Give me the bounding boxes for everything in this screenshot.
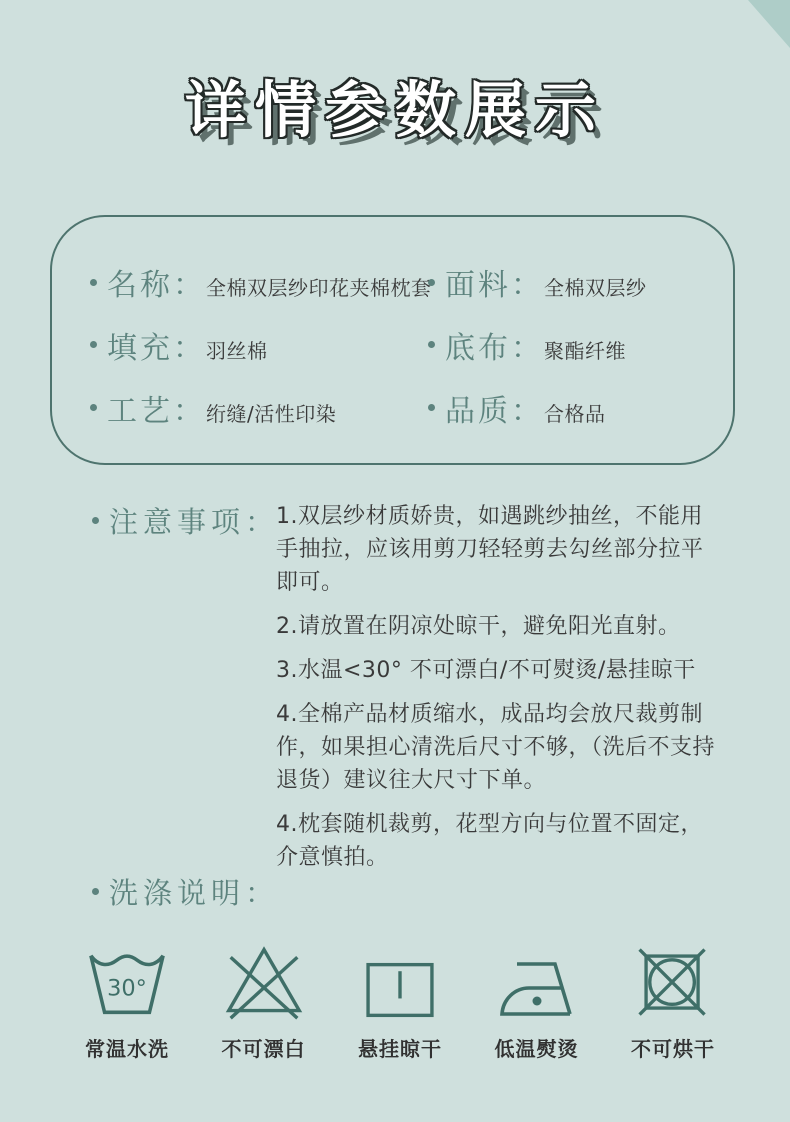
param-value: 羽丝棉	[206, 335, 268, 364]
param-label: 名称	[107, 260, 173, 304]
param-colon: ：	[511, 386, 541, 430]
param-fabric: 面料 ： 全棉双层纱	[428, 260, 723, 304]
bullet-dot-icon	[90, 341, 97, 348]
param-name: 名称 ： 全棉双层纱印花夹棉枕套	[90, 260, 428, 304]
bullet-dot-icon	[428, 279, 435, 286]
param-colon: ：	[173, 323, 203, 367]
param-value: 绗缝/活性印染	[206, 398, 336, 427]
param-label: 填充	[107, 323, 173, 367]
iron-low-icon	[495, 943, 579, 1021]
param-colon: ：	[173, 386, 203, 430]
no-bleach-icon	[224, 943, 304, 1021]
washing-icons-row: 30° 常温水洗 不可漂白 悬挂晾干	[85, 943, 715, 1062]
param-filling: 填充 ： 羽丝棉	[90, 323, 428, 367]
note-paragraph: 4.枕套随机裁剪，花型方向与位置不固定，介意慎拍。	[276, 808, 716, 874]
bullet-dot-icon	[92, 517, 99, 524]
notes-colon: ：	[245, 500, 274, 541]
wash-30-icon: 30°	[86, 943, 168, 1021]
notes-section: 注意事项 ： 1.双层纱材质娇贵，如遇跳纱抽丝，不能用手抽拉，应该用剪刀轻轻剪去…	[92, 500, 722, 885]
param-label: 工艺	[107, 386, 173, 430]
notes-label: 注意事项	[109, 500, 245, 541]
wash-item-no-tumble-dry: 不可烘干	[631, 943, 715, 1062]
param-value: 全棉双层纱	[544, 272, 647, 301]
wash-item-normal-wash: 30° 常温水洗	[85, 943, 169, 1062]
note-paragraph: 4.全棉产品材质缩水，成品均会放尺裁剪制作，如果担心清洗后尺寸不够，（洗后不支持…	[276, 698, 716, 797]
bullet-dot-icon	[92, 888, 99, 895]
wash-item-label: 常温水洗	[85, 1033, 169, 1062]
corner-triangle-decoration	[748, 0, 790, 48]
bullet-dot-icon	[90, 279, 97, 286]
page-title: 详情参数展示	[0, 76, 790, 146]
bullet-dot-icon	[90, 404, 97, 411]
washing-label: 洗涤说明	[109, 871, 245, 912]
param-craft: 工艺 ： 绗缝/活性印染	[90, 386, 428, 430]
param-quality: 品质 ： 合格品	[428, 386, 723, 430]
wash-item-label: 不可漂白	[222, 1033, 306, 1062]
wash-item-label: 悬挂晾干	[358, 1033, 442, 1062]
bullet-dot-icon	[428, 341, 435, 348]
washing-heading: 洗涤说明 ：	[92, 871, 274, 912]
washing-colon: ：	[245, 871, 274, 912]
parameters-panel: 名称 ： 全棉双层纱印花夹棉枕套 面料 ： 全棉双层纱 填充 ： 羽丝棉 底布 …	[50, 215, 735, 465]
no-tumble-dry-icon	[634, 943, 712, 1021]
param-label: 底布	[445, 323, 511, 367]
param-backing: 底布 ： 聚酯纤维	[428, 323, 723, 367]
param-colon: ：	[511, 323, 541, 367]
wash-item-no-bleach: 不可漂白	[222, 943, 306, 1062]
note-paragraph: 3.水温<30° 不可漂白/不可熨烫/悬挂晾干	[276, 654, 716, 687]
param-value: 聚酯纤维	[544, 335, 626, 364]
note-paragraph: 2.请放置在阴凉处晾干，避免阳光直射。	[276, 610, 716, 643]
wash-temp-text: 30°	[107, 976, 147, 1002]
bullet-dot-icon	[428, 404, 435, 411]
param-label: 面料	[445, 260, 511, 304]
param-label: 品质	[445, 386, 511, 430]
param-colon: ：	[511, 260, 541, 304]
note-paragraph: 1.双层纱材质娇贵，如遇跳纱抽丝，不能用手抽拉，应该用剪刀轻轻剪去勾丝部分拉平即…	[276, 500, 716, 599]
hang-dry-icon	[360, 943, 440, 1021]
product-detail-page: 详情参数展示 名称 ： 全棉双层纱印花夹棉枕套 面料 ： 全棉双层纱 填充 ： …	[0, 0, 790, 1122]
wash-item-iron-low: 低温熨烫	[495, 943, 579, 1062]
notes-heading: 注意事项 ：	[92, 500, 276, 541]
notes-body: 1.双层纱材质娇贵，如遇跳纱抽丝，不能用手抽拉，应该用剪刀轻轻剪去勾丝部分拉平即…	[276, 500, 716, 885]
param-value: 合格品	[544, 398, 606, 427]
param-colon: ：	[173, 260, 203, 304]
wash-item-hang-dry: 悬挂晾干	[358, 943, 442, 1062]
param-value: 全棉双层纱印花夹棉枕套	[206, 272, 432, 301]
wash-item-label: 不可烘干	[631, 1033, 715, 1062]
wash-item-label: 低温熨烫	[495, 1033, 579, 1062]
